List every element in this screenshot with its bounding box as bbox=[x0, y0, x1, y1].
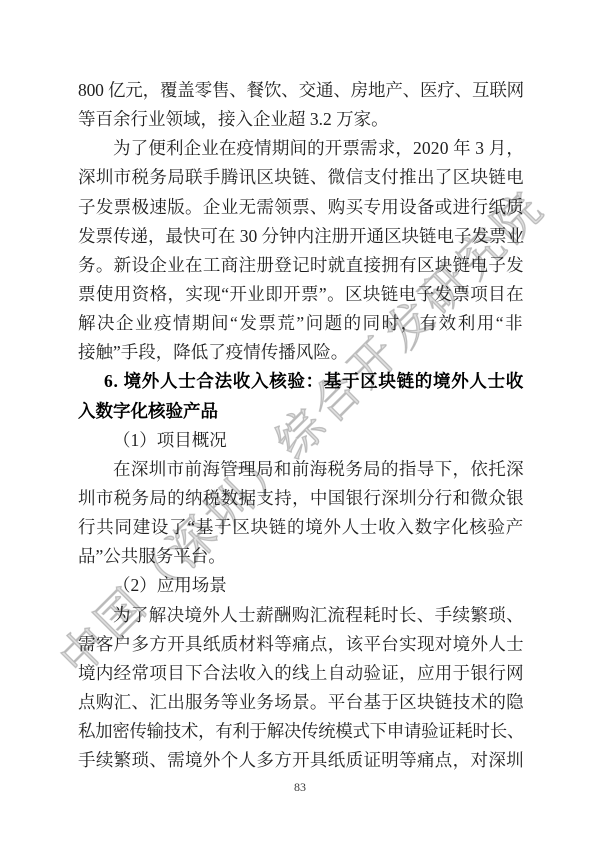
text-line-content: （1）项目概况 bbox=[113, 430, 227, 450]
text-line: 务。新设企业在工商注册登记时就直接拥有区块链电子发 bbox=[78, 251, 524, 280]
text-line-content: 等百余行业领域，接入企业超 3.2 万家。 bbox=[78, 109, 389, 129]
text-line-content: 深圳市税务局联手腾讯区块链、微信支付推出了区块链电 bbox=[78, 167, 524, 187]
text-line-content: 圳市税务局的纳税数据支持，中国银行深圳分行和微众银 bbox=[78, 488, 524, 508]
text-line: 发票传递，最快可在 30 分钟内注册开通区块链电子发票业 bbox=[78, 222, 524, 251]
text-line: 800 亿元，覆盖零售、餐饮、交通、房地产、医疗、互联网 bbox=[78, 76, 524, 105]
text-line: 手续繁琐、需境外个人多方开具纸质证明等痛点，对深圳 bbox=[78, 746, 524, 775]
document-page: 中国（深圳）综合开发研究院 800 亿元，覆盖零售、餐饮、交通、房地产、医疗、互… bbox=[0, 0, 600, 848]
text-line-content: 800 亿元，覆盖零售、餐饮、交通、房地产、医疗、互联网 bbox=[78, 80, 524, 100]
text-line: 等百余行业领域，接入企业超 3.2 万家。 bbox=[78, 105, 524, 134]
text-line: 解决企业疫情期间“发票荒”问题的同时，有效利用“非 bbox=[78, 309, 524, 338]
text-line-content: 品”公共服务平台。 bbox=[78, 546, 226, 566]
text-line: 需客户多方开具纸质材料等痛点，该平台实现对境外人士 bbox=[78, 630, 524, 659]
text-line-content: 私加密传输技术，有利于解决传统模式下申请验证耗时长、 bbox=[78, 721, 524, 741]
text-line: （1）项目概况 bbox=[78, 426, 524, 455]
text-line-content: 票使用资格，实现“开业即开票”。区块链电子发票项目在 bbox=[78, 284, 524, 304]
text-line-content: 行共同建设了“基于区块链的境外人士收入数字化核验产 bbox=[78, 517, 524, 537]
text-line: 点购汇、汇出服务等业务场景。平台基于区块链技术的隐 bbox=[78, 688, 524, 717]
text-line-content: 手续繁琐、需境外个人多方开具纸质证明等痛点，对深圳 bbox=[78, 750, 524, 770]
text-line: 在深圳市前海管理局和前海税务局的指导下，依托深 bbox=[78, 455, 524, 484]
text-line-content: 入数字化核验产品 bbox=[78, 401, 218, 421]
text-line: 私加密传输技术，有利于解决传统模式下申请验证耗时长、 bbox=[78, 717, 524, 746]
text-line: 子发票极速版。企业无需领票、购买专用设备或进行纸质 bbox=[78, 193, 524, 222]
text-line: 品”公共服务平台。 bbox=[78, 542, 524, 571]
text-line-content: 解决企业疫情期间“发票荒”问题的同时，有效利用“非 bbox=[78, 313, 524, 333]
text-line-content: 境内经常项目下合法收入的线上自动验证，应用于银行网 bbox=[78, 663, 524, 683]
text-line: 为了解决境外人士薪酬购汇流程耗时长、手续繁琐、 bbox=[78, 601, 524, 630]
text-line: 为了便利企业在疫情期间的开票需求，2020 年 3 月， bbox=[78, 134, 524, 163]
document-body: 800 亿元，覆盖零售、餐饮、交通、房地产、医疗、互联网等百余行业领域，接入企业… bbox=[78, 76, 524, 775]
text-line-content: 发票传递，最快可在 30 分钟内注册开通区块链电子发票业 bbox=[78, 226, 524, 246]
text-line: 入数字化核验产品 bbox=[78, 397, 524, 426]
text-line-content: 为了解决境外人士薪酬购汇流程耗时长、手续繁琐、 bbox=[113, 605, 524, 625]
text-line: （2）应用场景 bbox=[78, 571, 524, 600]
text-line: 深圳市税务局联手腾讯区块链、微信支付推出了区块链电 bbox=[78, 163, 524, 192]
text-line: 行共同建设了“基于区块链的境外人士收入数字化核验产 bbox=[78, 513, 524, 542]
text-line-content: 点购汇、汇出服务等业务场景。平台基于区块链技术的隐 bbox=[78, 692, 524, 712]
text-line-content: 6. 境外人士合法收入核验：基于区块链的境外人士收 bbox=[104, 371, 524, 391]
text-line-content: 在深圳市前海管理局和前海税务局的指导下，依托深 bbox=[113, 459, 524, 479]
text-line: 票使用资格，实现“开业即开票”。区块链电子发票项目在 bbox=[78, 280, 524, 309]
text-line-content: 接触”手段，降低了疫情传播风险。 bbox=[78, 342, 348, 362]
text-line: 境内经常项目下合法收入的线上自动验证，应用于银行网 bbox=[78, 659, 524, 688]
text-line: 6. 境外人士合法收入核验：基于区块链的境外人士收 bbox=[78, 367, 524, 396]
page-number: 83 bbox=[0, 780, 600, 795]
text-line-content: 为了便利企业在疫情期间的开票需求，2020 年 3 月， bbox=[113, 138, 524, 158]
text-line-content: 子发票极速版。企业无需领票、购买专用设备或进行纸质 bbox=[78, 197, 524, 217]
text-line-content: 务。新设企业在工商注册登记时就直接拥有区块链电子发 bbox=[78, 255, 524, 275]
text-line: 圳市税务局的纳税数据支持，中国银行深圳分行和微众银 bbox=[78, 484, 524, 513]
text-line: 接触”手段，降低了疫情传播风险。 bbox=[78, 338, 524, 367]
text-line-content: （2）应用场景 bbox=[113, 575, 227, 595]
text-line-content: 需客户多方开具纸质材料等痛点，该平台实现对境外人士 bbox=[78, 634, 524, 654]
